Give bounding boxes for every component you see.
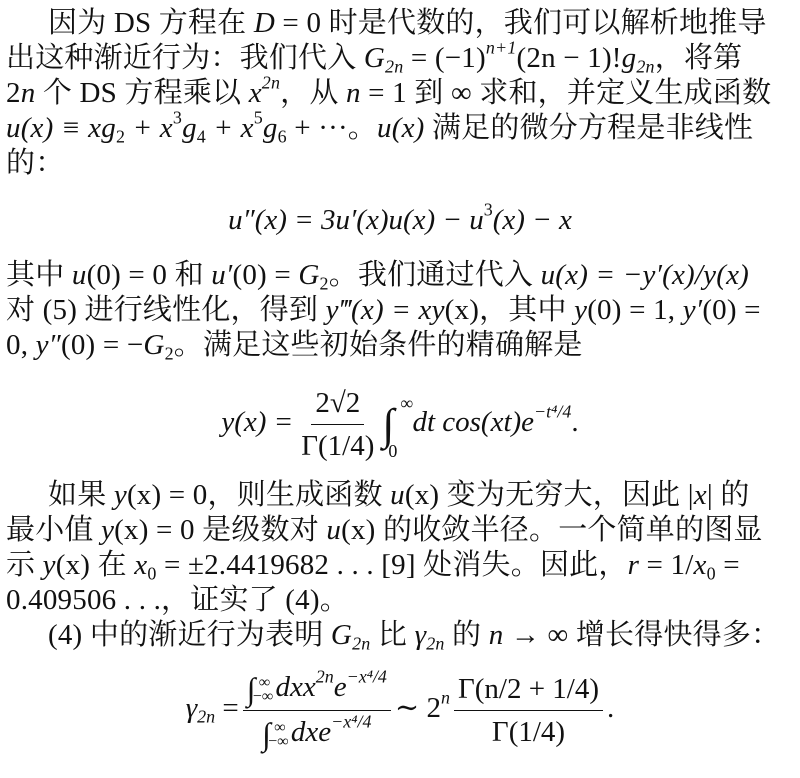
paragraph-1-line-1: 因为 DS 方程在 D = 0 时是代数的，我们可以解析地推导 bbox=[48, 6, 800, 40]
math-sub: 2n bbox=[636, 56, 654, 76]
text: (x) = 0，则生成函数 bbox=[127, 479, 390, 511]
math-text: = bbox=[222, 692, 238, 724]
math-var: u bbox=[390, 479, 405, 511]
math-text: (2n − 1)! bbox=[517, 42, 622, 74]
math-sup: 2n bbox=[262, 73, 280, 93]
math-sub: 0 bbox=[147, 563, 156, 583]
math-text: . bbox=[607, 692, 614, 724]
math-var: y′ bbox=[643, 259, 663, 291]
paragraph-2-line-1: 其中 u(0) = 0 和 u′(0) = G2。我们通过代入 u(x) = −… bbox=[6, 258, 796, 292]
paragraph-3-line-2: 最小值 y(x) = 0 是级数对 u(x) 的收敛半径。一个简单的图显 bbox=[6, 513, 796, 547]
math-text: + ···。 bbox=[287, 112, 377, 144]
paragraph-2-line-2: 对 (5) 进行线性化，得到 y‴(x) = xy(x)，其中 y(0) = 1… bbox=[6, 293, 796, 327]
math-text: (x)/ bbox=[662, 259, 703, 291]
math-sub: 2n bbox=[426, 633, 444, 653]
text: 如果 bbox=[48, 479, 114, 511]
fraction: ∫∞−∞dxx2ne−x⁴/4∫∞−∞dxe−x⁴/4 bbox=[243, 668, 391, 753]
math-expr: u″(x) = 3u′(x)u(x) − u bbox=[228, 204, 484, 236]
math-expr: u(x) bbox=[377, 112, 425, 144]
math-sub: 2n bbox=[352, 633, 370, 653]
paragraph-4-line-1: (4) 中的渐近行为表明 G2n 比 γ2n 的 n → ∞ 增长得快得多： bbox=[48, 618, 800, 652]
math-var: x bbox=[693, 549, 706, 581]
math-sub: 2 bbox=[320, 273, 329, 293]
text: 因为 DS 方程在 bbox=[48, 7, 254, 39]
math-expr: dt cos(xt)e bbox=[412, 406, 534, 438]
math-var: n bbox=[346, 77, 361, 109]
math-text: . bbox=[571, 406, 578, 438]
math-expr: + x bbox=[206, 112, 254, 144]
text: (x) 在 bbox=[56, 549, 135, 581]
paragraph-1-line-2: 出这种渐近行为：我们代入 G2n = (−1)n+1(2n − 1)!g2n，将… bbox=[6, 41, 796, 75]
math-var: y bbox=[703, 259, 716, 291]
fraction-denominator: Γ(1/4) bbox=[488, 711, 569, 751]
math-sub: 2n bbox=[385, 56, 403, 76]
math-var: x bbox=[249, 77, 262, 109]
math-var: G bbox=[364, 42, 385, 74]
text: (x) 的收敛半径。一个简单的图显 bbox=[341, 514, 762, 546]
fraction-numerator: 2√2 bbox=[311, 384, 364, 425]
integral-lower-limit: −∞ bbox=[268, 723, 288, 761]
paragraph-1-line-4: u(x) ≡ xg2 + x3g4 + x5g6 + ···。u(x) 满足的微… bbox=[6, 111, 796, 145]
text: = 1 到 ∞ 求和，并定义生成函数 bbox=[361, 77, 772, 109]
math-var: D bbox=[254, 7, 275, 39]
math-text: (0) = bbox=[232, 259, 298, 291]
math-sub: 2 bbox=[116, 126, 125, 146]
math-var: xy bbox=[419, 294, 445, 326]
text: 比 bbox=[370, 619, 414, 651]
text: 示 bbox=[6, 549, 43, 581]
math-sup: 3 bbox=[173, 108, 182, 128]
math-var: y bbox=[114, 479, 127, 511]
math-text: (x) = bbox=[351, 294, 418, 326]
math-var: y bbox=[43, 549, 56, 581]
equation-3: γ2n =∫∞−∞dxx2ne−x⁴/4∫∞−∞dxe−x⁴/4∼ 2nΓ(n/… bbox=[0, 668, 800, 753]
integral-sign: ∫∞−∞ bbox=[262, 715, 271, 753]
math-text: = (−1) bbox=[403, 42, 485, 74]
integral-upper-limit: ∞ bbox=[400, 393, 413, 414]
fraction-denominator: Γ(1/4) bbox=[297, 425, 378, 465]
document-page: 因为 DS 方程在 D = 0 时是代数的，我们可以解析地推导 出这种渐近行为：… bbox=[0, 0, 800, 778]
math-expr: + x bbox=[125, 112, 173, 144]
math-sub: 4 bbox=[197, 126, 206, 146]
math-var: n bbox=[489, 619, 504, 651]
math-text: = bbox=[716, 549, 740, 581]
text: (0) = 0 和 bbox=[87, 259, 212, 291]
fraction-numerator: ∫∞−∞dxx2ne−x⁴/4 bbox=[243, 668, 391, 711]
math-var: y″ bbox=[36, 329, 61, 361]
fraction: 2√2Γ(1/4) bbox=[297, 384, 378, 465]
math-sup: n bbox=[441, 688, 450, 708]
math-expr: (x) − x bbox=[493, 204, 572, 236]
math-sup: n+1 bbox=[486, 38, 517, 58]
math-sub: 2 bbox=[165, 343, 174, 363]
math-var: G bbox=[331, 619, 352, 651]
math-text: (0) = − bbox=[61, 329, 143, 361]
math-var: x bbox=[694, 479, 707, 511]
math-var: x bbox=[134, 549, 147, 581]
math-var: y bbox=[574, 294, 587, 326]
text: 个 DS 方程乘以 bbox=[35, 77, 248, 109]
math-sup: −x⁴/4 bbox=[347, 667, 387, 687]
math-var: g bbox=[263, 112, 278, 144]
math-sup: 3 bbox=[484, 200, 493, 220]
paragraph-2-line-3: 0, y″(0) = −G2。满足这些初始条件的精确解是 bbox=[6, 328, 796, 362]
text: 最小值 bbox=[6, 514, 101, 546]
fraction-denominator: ∫∞−∞dxe−x⁴/4 bbox=[258, 711, 375, 753]
text: = 0 时是代数的，我们可以解析地推导 bbox=[275, 7, 767, 39]
math-sup: 2n bbox=[316, 667, 334, 687]
text: 的 bbox=[445, 619, 489, 651]
text: 满足的微分方程是非线性 bbox=[425, 112, 754, 144]
paragraph-1-line-3: 2n 个 DS 方程乘以 x2n，从 n = 1 到 ∞ 求和，并定义生成函数 bbox=[6, 76, 796, 110]
fraction: Γ(n/2 + 1/4)Γ(1/4) bbox=[454, 670, 603, 751]
math-text: = 1/ bbox=[639, 549, 693, 581]
text: 的： bbox=[6, 147, 64, 179]
text: 2 bbox=[6, 77, 21, 109]
math-text: (x) bbox=[716, 259, 749, 291]
math-text: (x) = − bbox=[555, 259, 642, 291]
math-var: G bbox=[143, 329, 164, 361]
integral-lower-limit: −∞ bbox=[253, 678, 273, 716]
paragraph-3-line-3: 示 y(x) 在 x0 = ±2.4419682 . . . [9] 处消失。因… bbox=[6, 548, 796, 582]
text: 0.409506 . . .，证实了 (4)。 bbox=[6, 584, 349, 616]
math-var: u′ bbox=[211, 259, 232, 291]
math-sup: 5 bbox=[254, 108, 263, 128]
integral-lower-limit: 0 bbox=[388, 441, 397, 462]
text: (x) 变为无穷大，因此 | bbox=[405, 479, 694, 511]
integral-sign: ∫∞−∞ bbox=[247, 670, 256, 708]
text: 对 (5) 进行线性化，得到 bbox=[6, 294, 326, 326]
math-var: u bbox=[326, 514, 341, 546]
paragraph-1-line-5: 的： bbox=[6, 146, 796, 180]
math-sub: 2n bbox=[197, 707, 215, 727]
math-sup: −x⁴/4 bbox=[331, 712, 371, 732]
math-sub: 0 bbox=[707, 563, 716, 583]
math-var: y′ bbox=[683, 294, 703, 326]
equation-2: y(x) =2√2Γ(1/4)∫∞0dt cos(xt)e−t⁴/4. bbox=[0, 384, 800, 465]
text: ，从 bbox=[280, 77, 346, 109]
math-text: ∼ 2 bbox=[395, 692, 441, 724]
math-var: γ bbox=[415, 619, 427, 651]
math-expr: u(x) ≡ xg bbox=[6, 112, 116, 144]
text: ，将第 bbox=[655, 42, 743, 74]
math-text: (0) = bbox=[702, 294, 760, 326]
math-sub: 6 bbox=[278, 126, 287, 146]
text: 其中 bbox=[6, 259, 72, 291]
math-var: y bbox=[101, 514, 114, 546]
text: (x) = 0 是级数对 bbox=[114, 514, 326, 546]
text: 。我们通过代入 bbox=[329, 259, 541, 291]
equation-1: u″(x) = 3u′(x)u(x) − u3(x) − x bbox=[0, 204, 800, 237]
math-var: u bbox=[541, 259, 556, 291]
math-expr: dxx bbox=[276, 671, 316, 703]
paragraph-3-line-1: 如果 y(x) = 0，则生成函数 u(x) 变为无穷大，因此 |x| 的 bbox=[48, 478, 800, 512]
math-var: γ bbox=[186, 692, 197, 724]
math-text: 0, bbox=[6, 329, 36, 361]
math-var: u bbox=[72, 259, 87, 291]
math-var: e bbox=[334, 671, 347, 703]
integral-sign: ∫∞0 bbox=[382, 399, 394, 450]
text: | 的 bbox=[707, 479, 750, 511]
math-var: r bbox=[628, 549, 640, 581]
math-var: n bbox=[21, 77, 36, 109]
math-expr: y(x) = bbox=[221, 406, 293, 438]
math-var: y‴ bbox=[326, 294, 351, 326]
text: (4) 中的渐近行为表明 bbox=[48, 619, 331, 651]
paragraph-3-line-4: 0.409506 . . .，证实了 (4)。 bbox=[6, 583, 796, 617]
math-var: g bbox=[182, 112, 197, 144]
math-sup: −t⁴/4 bbox=[534, 402, 571, 422]
math-expr: dxe bbox=[291, 716, 331, 748]
math-var: g bbox=[622, 42, 637, 74]
text: → ∞ 增长得快得多： bbox=[503, 619, 780, 651]
text: 。满足这些初始条件的精确解是 bbox=[174, 329, 583, 361]
fraction-numerator: Γ(n/2 + 1/4) bbox=[454, 670, 603, 711]
text: (x)，其中 bbox=[445, 294, 574, 326]
math-text: (0) = 1, bbox=[587, 294, 682, 326]
text: = ±2.4419682 . . . [9] 处消失。因此， bbox=[157, 549, 628, 581]
text: 出这种渐近行为：我们代入 bbox=[6, 42, 364, 74]
math-var: G bbox=[298, 259, 319, 291]
